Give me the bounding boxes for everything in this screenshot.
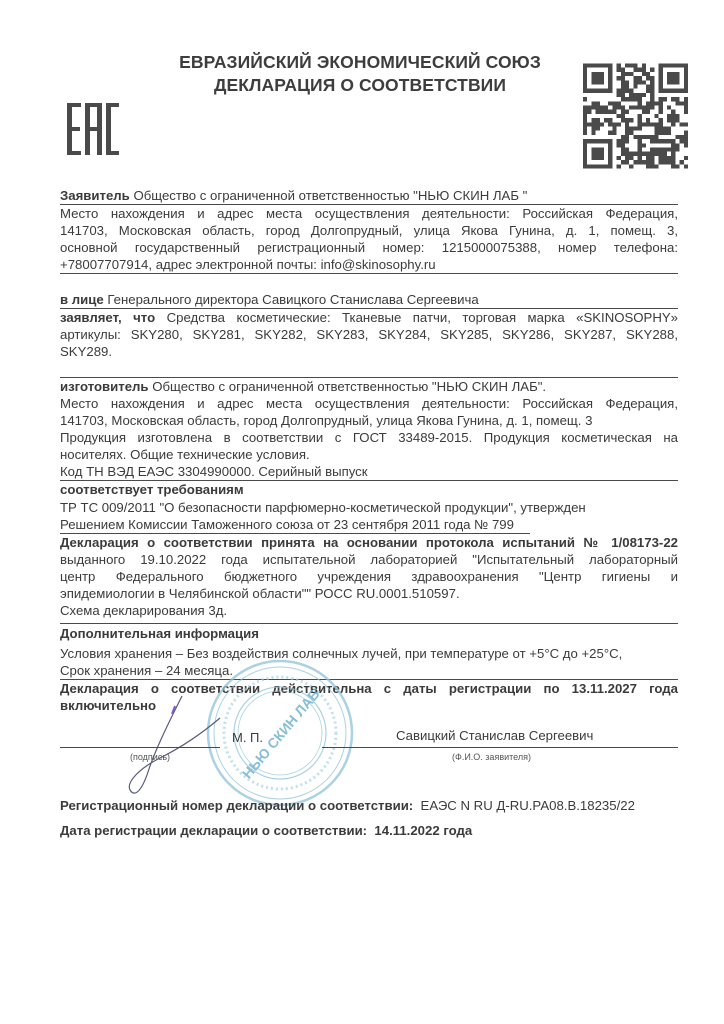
divider xyxy=(60,623,678,624)
registration-number-label: Регистрационный номер декларации о соотв… xyxy=(60,798,413,813)
basis-label: Декларация о соответствии принята на осн… xyxy=(60,534,678,551)
manufacturer-address-line: Место нахождения и адрес места осуществл… xyxy=(60,395,678,412)
signature-line xyxy=(60,747,220,748)
registration-date-line: Дата регистрации декларации о соответств… xyxy=(60,822,678,839)
additional-info-label: Дополнительная информация xyxy=(60,625,678,642)
name-line xyxy=(322,747,678,748)
name-caption: (Ф.И.О. заявителя) xyxy=(452,752,531,762)
signer-name: Савицкий Станислав Сергеевич xyxy=(396,728,593,743)
registration-number-value: ЕАЭС N RU Д-RU.РА08.В.18235/22 xyxy=(421,798,635,813)
articles-line: артикулы: SKY280, SKY281, SKY282, SKY283… xyxy=(60,326,678,343)
manufacturer-line: изготовитель Общество с ограниченной отв… xyxy=(60,378,678,395)
registration-date-label: Дата регистрации декларации о соответств… xyxy=(60,823,367,838)
declares-value: Средства косметические: Тканевые патчи, … xyxy=(155,310,678,325)
declaration-scheme: Схема декларирования 3д. xyxy=(60,602,678,619)
tn-ved-code-line: Код ТН ВЭД ЕАЭС 3304990000. Серийный вып… xyxy=(60,463,678,480)
signature-caption: (подпись) xyxy=(130,752,170,762)
basis-line: выданного 19.10.2022 года испытательной … xyxy=(60,551,678,568)
storage-conditions: Условия хранения – Без воздействия солне… xyxy=(60,645,678,662)
registration-date-value: 14.11.2022 года xyxy=(374,823,472,838)
applicant-ogrn-line: основной государственный регистрационный… xyxy=(60,239,678,256)
applicant-label: Заявитель xyxy=(60,188,130,203)
articles-tail: SKY289. xyxy=(60,343,678,360)
declares-line: заявляет, что Средства косметические: Тк… xyxy=(60,309,678,326)
declares-label: заявляет, что xyxy=(60,310,155,325)
technical-regulation-line: Решением Комиссии Таможенного союза от 2… xyxy=(60,516,678,533)
applicant-line: Заявитель Общество с ограниченной ответс… xyxy=(60,187,678,204)
gost-line: Продукция изготовлена в соответствии с Г… xyxy=(60,429,678,446)
represented-by-line: в лице Генерального директора Савицкого … xyxy=(60,291,678,308)
requirements-label: соответствует требованиям xyxy=(60,481,678,498)
shelf-life: Срок хранения – 24 месяца. xyxy=(60,662,678,679)
qr-code-icon xyxy=(583,62,688,170)
manufacturer-name: Общество с ограниченной ответственностью… xyxy=(149,379,547,394)
signature-icon xyxy=(100,690,250,800)
basis-line: центр Федерального бюджетного учреждения… xyxy=(60,568,678,585)
manufacturer-label: изготовитель xyxy=(60,379,149,394)
manufacturer-address-line: 141703, Московская область, город Долгоп… xyxy=(60,412,678,429)
represented-by-label: в лице xyxy=(60,292,104,307)
union-title: ЕВРАЗИЙСКИЙ ЭКОНОМИЧЕСКИЙ СОЮЗ xyxy=(150,52,570,73)
applicant-address-line: Место нахождения и адрес места осуществл… xyxy=(60,205,678,222)
basis-line: эпидемиологии в Челябинской области"" РО… xyxy=(60,585,678,602)
applicant-address-line: 141703, Московская область, город Долгоп… xyxy=(60,222,678,239)
stamp-place-label: М. П. xyxy=(232,730,263,745)
applicant-contact-line: +78007707914, адрес электронной почты: i… xyxy=(60,256,678,273)
applicant-name: Общество с ограниченной ответственностью… xyxy=(130,188,528,203)
gost-line-tail: носителях. Общие технические условия. xyxy=(60,446,678,463)
document-title: ДЕКЛАРАЦИЯ О СООТВЕТСТВИИ xyxy=(150,75,570,96)
represented-by-value: Генерального директора Савицкого Станисл… xyxy=(104,292,479,307)
divider xyxy=(60,273,678,274)
technical-regulation-line: ТР ТС 009/2011 "О безопасности парфюмерн… xyxy=(60,499,678,516)
registration-number-line: Регистрационный номер декларации о соотв… xyxy=(60,797,678,814)
eac-mark-icon xyxy=(66,103,120,155)
